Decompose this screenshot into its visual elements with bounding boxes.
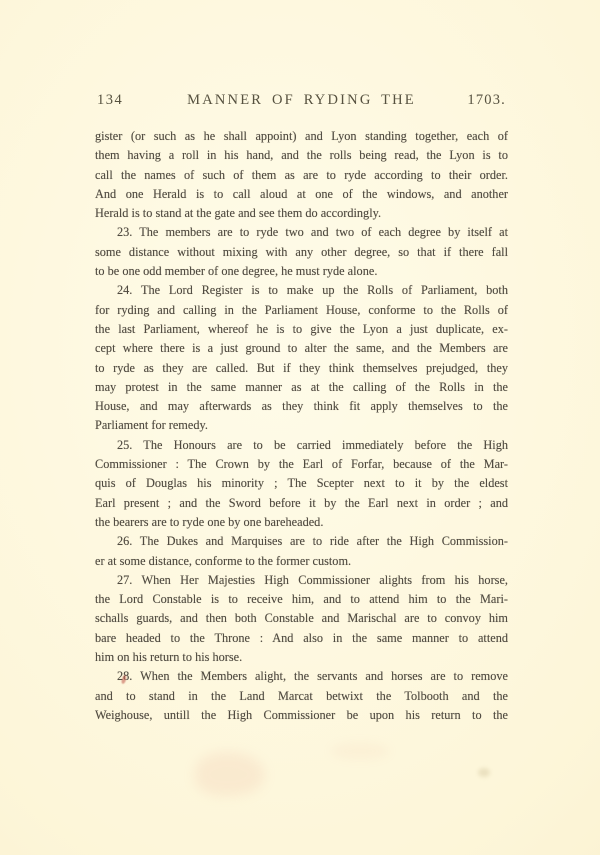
text-line: to be one odd member of one degree, he m… <box>95 262 508 281</box>
text-line: the bearers are to ryde one by one bareh… <box>95 513 508 532</box>
text-line: 27. When Her Majesties High Commissioner… <box>95 571 508 590</box>
text-line: And one Herald is to call aloud at one o… <box>95 185 508 204</box>
paragraph: 28. When the Members alight, the servant… <box>95 667 508 725</box>
text-line: gister (or such as he shall appoint) and… <box>95 127 508 146</box>
paper-speck <box>478 768 490 777</box>
text-line: House, and may afterwards as they think … <box>95 397 508 416</box>
text-line: Weighouse, untill the High Commissioner … <box>95 706 508 725</box>
text-line: the Lord Constable is to receive him, an… <box>95 590 508 609</box>
text-line: some distance without mixing with any ot… <box>95 243 508 262</box>
text-line: Commissioner : The Crown by the Earl of … <box>95 455 508 474</box>
running-title: MANNER OF RYDING THE <box>95 92 508 109</box>
text-line: the last Parliament, whereof he is to gi… <box>95 320 508 339</box>
paragraph: 24. The Lord Register is to make up the … <box>95 281 508 435</box>
paragraph: 25. The Honours are to be carried immedi… <box>95 436 508 532</box>
faint-paper-stain <box>330 742 390 760</box>
text-line: 28. When the Members alight, the servant… <box>95 667 508 686</box>
text-line: quis of Douglas his minority ; The Scept… <box>95 474 508 493</box>
header-year: 1703. <box>467 92 506 109</box>
text-line: call the names of such of them as are to… <box>95 166 508 185</box>
text-line: Earl present ; and the Sword before it b… <box>95 494 508 513</box>
text-line: them having a roll in his hand, and the … <box>95 146 508 165</box>
text-line: Herald is to stand at the gate and see t… <box>95 204 508 223</box>
text-line: for ryding and calling in the Parliament… <box>95 301 508 320</box>
text-line: him on his return to his horse. <box>95 648 508 667</box>
paragraph: 27. When Her Majesties High Commissioner… <box>95 571 508 667</box>
text-line: cept where there is a just ground to alt… <box>95 339 508 358</box>
text-line: Parliament for remedy. <box>95 416 508 435</box>
text-line: and to stand in the Land Marcat betwixt … <box>95 687 508 706</box>
text-line: 25. The Honours are to be carried immedi… <box>95 436 508 455</box>
text-line: bare headed to the Throne : And also in … <box>95 629 508 648</box>
text-line: er at some distance, conforme to the for… <box>95 552 508 571</box>
text-line: to ryde as they are called. But if they … <box>95 359 508 378</box>
scanned-book-page: 134 MANNER OF RYDING THE 1703. gister (o… <box>0 0 600 855</box>
text-line: 26. The Dukes and Marquises are to ride … <box>95 532 508 551</box>
text-line: 24. The Lord Register is to make up the … <box>95 281 508 300</box>
text-line: schalls guards, and then both Constable … <box>95 609 508 628</box>
paragraph: 26. The Dukes and Marquises are to ride … <box>95 532 508 571</box>
text-line: 23. The members are to ryde two and two … <box>95 223 508 242</box>
paragraph: gister (or such as he shall appoint) and… <box>95 127 508 223</box>
pink-paper-stain <box>195 752 265 796</box>
running-header: 134 MANNER OF RYDING THE 1703. <box>95 92 508 112</box>
paragraph: 23. The members are to ryde two and two … <box>95 223 508 281</box>
page-text-block: gister (or such as he shall appoint) and… <box>95 127 508 725</box>
text-line: may protest in the same manner as at the… <box>95 378 508 397</box>
